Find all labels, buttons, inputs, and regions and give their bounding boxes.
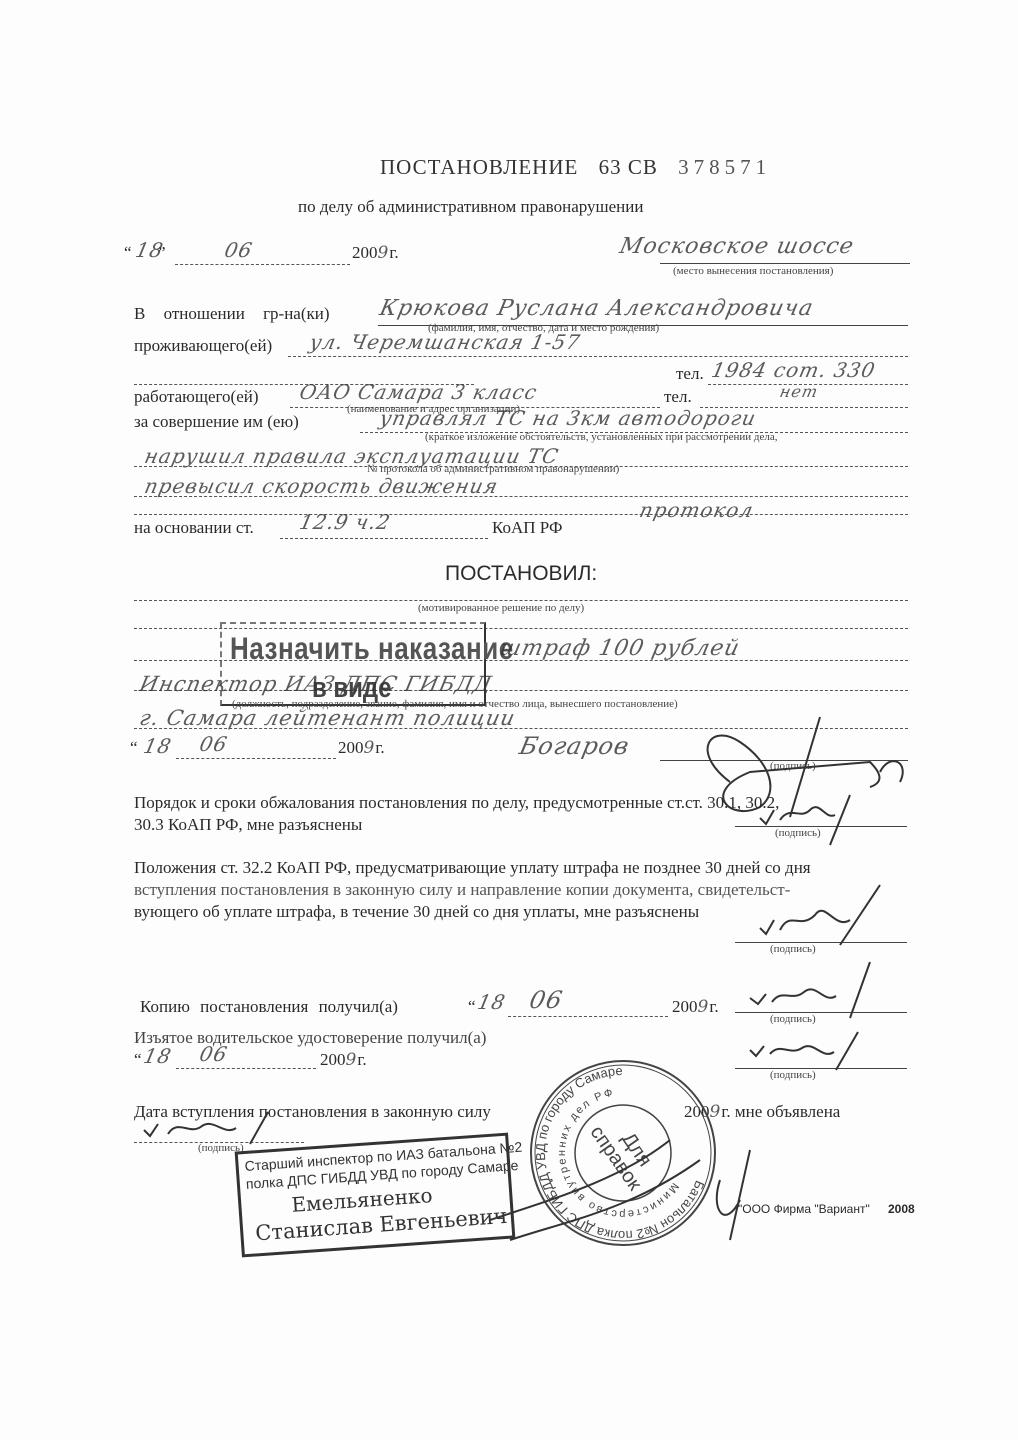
license-label: Изъятое водительское удостоверение получ… (134, 1028, 486, 1048)
decision-day: 18 (141, 734, 174, 758)
year-suffix: 9 (364, 738, 376, 758)
year-suffix: 9 (378, 243, 390, 263)
title-text: ПОСТАНОВЛЕНИЕ (380, 155, 578, 179)
motivated-caption: (мотивированное решение по делу) (418, 602, 584, 614)
offense-line-4: протокол (637, 498, 756, 522)
date-open-quote: “ (124, 243, 132, 263)
basis-article: 12.9 ч.2 (297, 510, 393, 534)
license-month: 06 (197, 1042, 230, 1066)
year-unit: г. (389, 243, 398, 262)
decision-rule-1 (134, 600, 908, 601)
person-name: Крюкова Руслана Александровича (377, 296, 816, 321)
date-month: 06 (222, 238, 255, 262)
offense-label: за совершение им (ею) (134, 412, 299, 432)
decision-date-open-quote: “ (130, 738, 138, 758)
effective-signature (138, 1108, 308, 1148)
appeal-text-1: Порядок и сроки обжалования постановлени… (134, 793, 779, 813)
offense-rule-3 (134, 496, 908, 497)
officer-signature (470, 1080, 770, 1260)
phone2-label: тел. (664, 387, 692, 407)
year-prefix: 200 (352, 243, 378, 262)
date-year: 2009г. (352, 243, 399, 263)
offense-line-1: управлял ТС на 3км автодороги (377, 406, 758, 430)
phone2-value: нет (778, 382, 820, 401)
decision-year: 2009г. (338, 738, 385, 758)
decision-month-line (176, 758, 336, 759)
basis-line (280, 538, 488, 539)
working-label: работающего(ей) (134, 387, 259, 407)
year-suffix: 9 (346, 1050, 358, 1070)
license-date-open-quote: “ (134, 1050, 142, 1070)
punishment-stamp-line-1: Назначить наказание (230, 630, 514, 667)
payment-text-1: Положения ст. 32.2 КоАП РФ, предусматрив… (134, 858, 811, 878)
year-unit: г. (357, 1050, 366, 1069)
phone-value: 1984 сот. 330 (709, 358, 877, 382)
date-month-line (175, 264, 350, 265)
copy-day: 18 (475, 990, 508, 1014)
basis-suffix: КоАП РФ (492, 518, 562, 538)
address: ул. Черемшанская 1-57 (307, 330, 582, 354)
document-title: ПОСТАНОВЛЕНИЕ 63 СВ 378571 (380, 155, 771, 180)
place-handwritten: Московское шоссе (617, 234, 856, 259)
place-caption: (место вынесения постановления) (673, 265, 833, 277)
year-prefix: 200 (672, 997, 698, 1016)
copy-signature (740, 960, 900, 1020)
decision-month: 06 (197, 732, 230, 756)
license-year: 2009г. (320, 1050, 367, 1070)
decision-handwritten-2: Инспектор ИАЗ ДПС ГИБДД (137, 672, 494, 696)
decision-handwritten-3: г. Самара лейтенант полиции (137, 706, 517, 730)
regarding-label: В отношении гр-на(ки) (134, 304, 330, 324)
offense-caption-1: (краткое изложение обстоятельств, устано… (425, 431, 777, 443)
copy-date-open-quote: “ (468, 997, 476, 1017)
series-text: 63 СВ (599, 155, 658, 179)
year-unit: г. (375, 738, 384, 757)
decision-heading: ПОСТАНОВИЛ: (445, 562, 597, 586)
payment-signature (740, 880, 900, 950)
copy-year: 2009г. (672, 997, 719, 1017)
work-value: ОАО Самара 3 класс (297, 380, 539, 404)
copy-month: 06 (527, 986, 565, 1014)
publisher-label: "ООО Фирма "Вариант" (738, 1202, 870, 1216)
copy-received-label: Копию постановления получил(а) (140, 997, 398, 1017)
copy-month-line (508, 1016, 668, 1017)
appeal-text-2: 30.3 КоАП РФ, мне разъяснены (134, 815, 362, 835)
phone-label: тел. (676, 364, 704, 384)
year-unit: г. (709, 997, 718, 1016)
document-subtitle: по делу об административном правонарушен… (298, 197, 643, 217)
basis-label: на основании ст. (134, 518, 254, 538)
payment-text-2: вступления постановления в законную силу… (134, 880, 790, 900)
year-suffix: 9 (698, 997, 710, 1017)
address-line (288, 356, 908, 357)
decision-handwritten-1: штраф 100 рублей (497, 636, 742, 661)
year-prefix: 200 (338, 738, 364, 757)
offense-rule-4 (134, 514, 908, 515)
document-number: 378571 (678, 155, 771, 179)
license-day: 18 (141, 1044, 174, 1068)
year-prefix: 200 (320, 1050, 346, 1069)
offense-line-3: превысил скорость движения (142, 474, 500, 498)
place-line (660, 263, 910, 264)
official-name: Богаров (517, 732, 632, 760)
publisher-year: 2008 (888, 1202, 915, 1216)
license-signature (740, 1030, 880, 1080)
payment-text-3: вующего об уплате штрафа, в течение 30 д… (134, 902, 699, 922)
residing-label: проживающего(ей) (134, 336, 272, 356)
license-month-line (176, 1068, 316, 1069)
appeal-signature (740, 790, 880, 850)
date-close-quote: ” (158, 243, 166, 263)
